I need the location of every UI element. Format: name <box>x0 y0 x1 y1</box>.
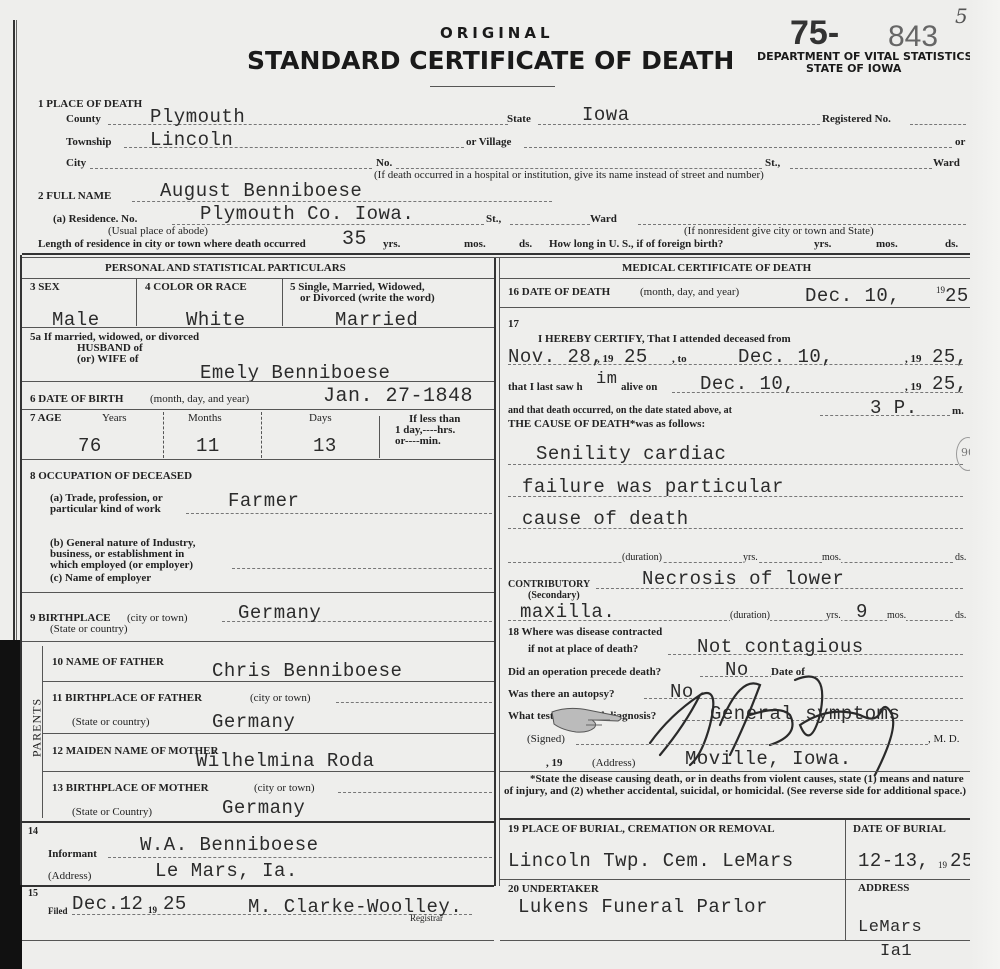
duration-line <box>508 562 963 563</box>
burial-place-label: 19 PLACE OF BURIAL, CREMATION OR REMOVAL <box>508 823 775 835</box>
contributory-duration: (duration) <box>730 610 770 621</box>
cause-line-2-text: failure was particular <box>522 476 784 498</box>
rule <box>500 879 970 880</box>
secondary-label: (Secondary) <box>528 590 580 601</box>
nonresident-note: (If nonresident give city or town and St… <box>684 225 874 237</box>
filed-label: Filed <box>48 906 68 916</box>
place-of-death-label: 1 PLACE OF DEATH <box>38 98 142 110</box>
last-saw-label: that I last saw h <box>508 381 583 393</box>
state-value: Iowa <box>582 104 630 126</box>
length-residence-years: 35 <box>342 228 367 251</box>
undertaker-address-2: Ia1 <box>880 942 912 961</box>
alive-on-label: alive on <box>621 381 657 393</box>
certify-label: I HEREBY CERTIFY, That I attended deceas… <box>538 333 791 345</box>
burial-place-value: Lincoln Twp. Cem. LeMars <box>508 850 794 872</box>
mother-birth-sub: (State or Country) <box>72 806 152 818</box>
st-line <box>790 168 932 169</box>
divider <box>379 416 380 458</box>
city-no-label: No. <box>376 157 392 169</box>
employer-label: (c) Name of employer <box>50 572 151 584</box>
to-year-prefix: , 19 <box>905 353 922 365</box>
registrar-label: Registrar <box>410 913 443 923</box>
contributory-2: maxilla. <box>520 601 615 623</box>
duration-label: (duration) <box>622 552 662 563</box>
rule <box>42 771 494 772</box>
township-value: Lincoln <box>150 129 233 151</box>
undertaker-value: Lukens Funeral Parlor <box>518 896 768 918</box>
corner-mark: 5 <box>955 4 968 28</box>
duration-ds: ds. <box>955 552 966 563</box>
contributory-yrs: yrs. <box>826 610 841 621</box>
or-label: or <box>955 136 965 148</box>
state-field-label: State <box>507 113 531 125</box>
age-months-value: 11 <box>196 435 220 457</box>
to-label: , to <box>672 353 687 365</box>
dob-label: 6 DATE OF BIRTH <box>30 393 123 405</box>
rule <box>500 278 970 279</box>
physician-address-label: (Address) <box>592 757 635 769</box>
rule <box>500 307 970 308</box>
age-days-value: 13 <box>313 435 337 457</box>
rule <box>22 459 494 460</box>
county-label: County <box>66 113 101 125</box>
informant-line <box>108 857 492 858</box>
father-value: Chris Benniboese <box>212 660 402 682</box>
contributory-mos: mos. <box>887 610 906 621</box>
signed-line <box>576 744 928 745</box>
burial-date-label: DATE OF BURIAL <box>853 823 946 835</box>
mother-birth-note: (city or town) <box>254 782 314 794</box>
sex-label: 3 SEX <box>30 281 60 293</box>
full-name-value: August Benniboese <box>160 180 362 202</box>
trade-value: Farmer <box>228 490 299 512</box>
contributory-ds: ds. <box>955 610 966 621</box>
birthplace-value: Germany <box>238 602 321 624</box>
age-months-label: Months <box>188 412 222 424</box>
father-birth-value: Germany <box>212 711 295 733</box>
mother-label: 12 MAIDEN NAME OF MOTHER <box>52 745 218 757</box>
original-label: ORIGINAL <box>440 24 554 42</box>
dod-year: 25 <box>945 285 969 307</box>
divider <box>261 412 262 458</box>
state-label: STATE OF IOWA <box>806 62 901 75</box>
occurred-label: and that death occurred, on the date sta… <box>508 405 732 416</box>
state-line <box>538 124 820 125</box>
length-yrs-label: yrs. <box>383 238 400 250</box>
undertaker-address-label: ADDRESS <box>858 882 909 894</box>
last-saw-pronoun: im <box>596 370 617 389</box>
physician-address-value: Moville, Iowa. <box>685 748 852 770</box>
rule <box>22 641 494 642</box>
rule <box>500 818 970 820</box>
duration-yrs: yrs. <box>743 552 758 563</box>
registered-no-label: Registered No. <box>822 113 891 125</box>
informant-label: Informant <box>48 848 97 860</box>
scan-edge-right <box>970 0 1000 969</box>
residence-value: Plymouth Co. Iowa. <box>200 203 414 225</box>
us-ds-label: ds. <box>945 238 958 250</box>
abode-note: (Usual place of abode) <box>108 225 208 237</box>
contracted-label-2: if not at place of death? <box>528 643 638 655</box>
hospital-note: (If death occurred in a hospital or inst… <box>374 169 764 181</box>
form-left-border <box>20 255 22 885</box>
informant-value: W.A. Benniboese <box>140 834 319 856</box>
cert-number: 843 <box>888 20 938 54</box>
center-divider-2 <box>499 258 500 886</box>
rule <box>22 409 494 410</box>
rule <box>500 771 970 772</box>
father-birth-sub: (State or country) <box>72 716 150 728</box>
dod-year-prefix: 19 <box>936 285 945 295</box>
village-label: or Village <box>466 136 511 148</box>
last-saw-date: Dec. 10, <box>700 373 795 395</box>
trade-label-2: particular kind of work <box>50 503 161 515</box>
to-date: Dec. 10, <box>738 346 833 368</box>
burial-year-prefix: 19 <box>938 860 947 870</box>
father-label: 10 NAME OF FATHER <box>52 656 164 668</box>
township-label: Township <box>66 136 111 148</box>
informant-address-label: (Address) <box>48 870 91 882</box>
contracted-label-1: 18 Where was disease contracted <box>508 626 662 638</box>
us-length-label: How long in U. S., if of foreign birth? <box>549 238 723 250</box>
mother-birth-label: 13 BIRTHPLACE OF MOTHER <box>52 782 209 794</box>
last-saw-year: 25, <box>932 373 968 395</box>
informant-num: 14 <box>28 826 38 837</box>
industry-line <box>232 568 492 569</box>
cause-label: THE CAUSE OF DEATH*was as follows: <box>508 418 705 430</box>
last-saw-year-prefix: , 19 <box>905 381 922 393</box>
birthplace-note: (city or town) <box>127 612 187 624</box>
contributory-1: Necrosis of lower <box>642 568 844 590</box>
cause-line-1-text: Senility cardiac <box>536 443 726 465</box>
residence-ward-label: Ward <box>590 213 617 225</box>
occupation-label: 8 OCCUPATION OF DECEASED <box>30 470 192 482</box>
duration-mos: mos. <box>822 552 841 563</box>
length-mos-label: mos. <box>464 238 486 250</box>
us-mos-label: mos. <box>876 238 898 250</box>
age-years-label: Years <box>102 412 127 424</box>
city-line <box>90 168 372 169</box>
age-label: 7 AGE <box>30 412 61 424</box>
mother-birth-line <box>338 792 492 793</box>
divider <box>163 412 164 458</box>
race-label: 4 COLOR OR RACE <box>145 281 247 293</box>
spouse-label-3: (or) WIFE of <box>77 353 139 365</box>
dod-note: (month, day, and year) <box>640 286 739 298</box>
to-year: 25, <box>932 346 968 368</box>
contributory-label: CONTRIBUTORY <box>508 579 590 590</box>
header-rule <box>22 253 970 255</box>
county-value: Plymouth <box>150 106 245 128</box>
rule <box>22 592 494 593</box>
burial-date-value: 12-13, <box>858 850 929 872</box>
header-rule-2 <box>22 257 970 258</box>
city-ward-label: Ward <box>933 157 960 169</box>
rule <box>22 885 494 887</box>
title-underline <box>430 86 555 87</box>
certificate-title: STANDARD CERTIFICATE OF DEATH <box>247 46 734 75</box>
rule <box>22 278 494 279</box>
death-time: 3 P. <box>870 397 918 419</box>
sign-year-label: , 19 <box>546 757 563 769</box>
full-name-label: 2 FULL NAME <box>38 190 111 202</box>
personal-heading: PERSONAL AND STATISTICAL PARTICULARS <box>105 262 346 274</box>
rule <box>22 327 494 328</box>
industry-label-3: which employed (or employer) <box>50 559 193 571</box>
age-days-label: Days <box>309 412 332 424</box>
filed-year-prefix: 19 <box>148 905 157 915</box>
father-birth-line <box>336 702 492 703</box>
less-day-3: or----min. <box>395 435 441 447</box>
mother-value: Wilhelmina Roda <box>196 750 375 772</box>
undertaker-address-1: LeMars <box>858 918 922 937</box>
dod-label: 16 DATE OF DEATH <box>508 286 610 298</box>
undertaker-label: 20 UNDERTAKER <box>508 883 599 895</box>
father-birth-note: (city or town) <box>250 692 310 704</box>
res-st-line <box>510 224 590 225</box>
mother-birth-value: Germany <box>222 797 305 819</box>
contributory-mos-value: 9 <box>856 601 868 623</box>
age-years-value: 76 <box>78 435 102 457</box>
dob-value: Jan. 27-1848 <box>323 385 473 408</box>
father-birth-label: 11 BIRTHPLACE OF FATHER <box>52 692 202 704</box>
rule <box>22 381 494 382</box>
time-suffix: m. <box>952 405 964 417</box>
from-year-prefix: , 19 <box>597 353 614 365</box>
num-17: 17 <box>508 318 519 330</box>
filed-num: 15 <box>28 888 38 899</box>
burial-divider <box>845 820 846 940</box>
us-yrs-label: yrs. <box>814 238 831 250</box>
divider <box>136 278 137 326</box>
cert-number-prefix: 75- <box>790 14 839 53</box>
cause-line-3-text: cause of death <box>522 508 689 530</box>
rule <box>500 940 970 941</box>
dob-note: (month, day, and year) <box>150 393 249 405</box>
marital-label-2: or Divorced (write the word) <box>300 292 435 304</box>
filed-date: Dec.12 <box>72 893 143 915</box>
center-divider <box>494 258 496 886</box>
registered-line <box>910 124 966 125</box>
parents-side-label: PARENTS <box>30 693 45 763</box>
city-label: City <box>66 157 86 169</box>
trade-line <box>186 513 492 514</box>
signed-label: (Signed) <box>527 733 565 745</box>
from-date: Nov. 28, <box>508 346 603 368</box>
rule <box>42 733 494 734</box>
divider <box>282 278 283 326</box>
length-residence-label: Length of residence in city or town wher… <box>38 238 306 250</box>
autopsy-label: Was there an autopsy? <box>508 688 614 700</box>
rule <box>22 940 494 941</box>
birthplace-sub: (State or country) <box>50 623 128 635</box>
length-ds-label: ds. <box>519 238 532 250</box>
from-year: 25 <box>624 346 648 368</box>
residence-st-label: St., <box>486 213 501 225</box>
md-label: , M. D. <box>928 733 959 745</box>
scan-edge-left <box>0 640 22 969</box>
cause-footnote: *State the disease causing death, or in … <box>504 773 972 797</box>
dod-value: Dec. 10, <box>805 285 900 307</box>
rule <box>42 681 494 682</box>
village-line <box>524 147 952 148</box>
informant-address-value: Le Mars, Ia. <box>155 860 298 882</box>
city-st-label: St., <box>765 157 780 169</box>
residence-label: (a) Residence. No. <box>53 213 137 225</box>
rule <box>22 821 494 823</box>
medical-heading: MEDICAL CERTIFICATE OF DEATH <box>622 262 811 274</box>
filed-year: 25 <box>163 893 187 915</box>
scan-edge-lines <box>13 20 17 640</box>
